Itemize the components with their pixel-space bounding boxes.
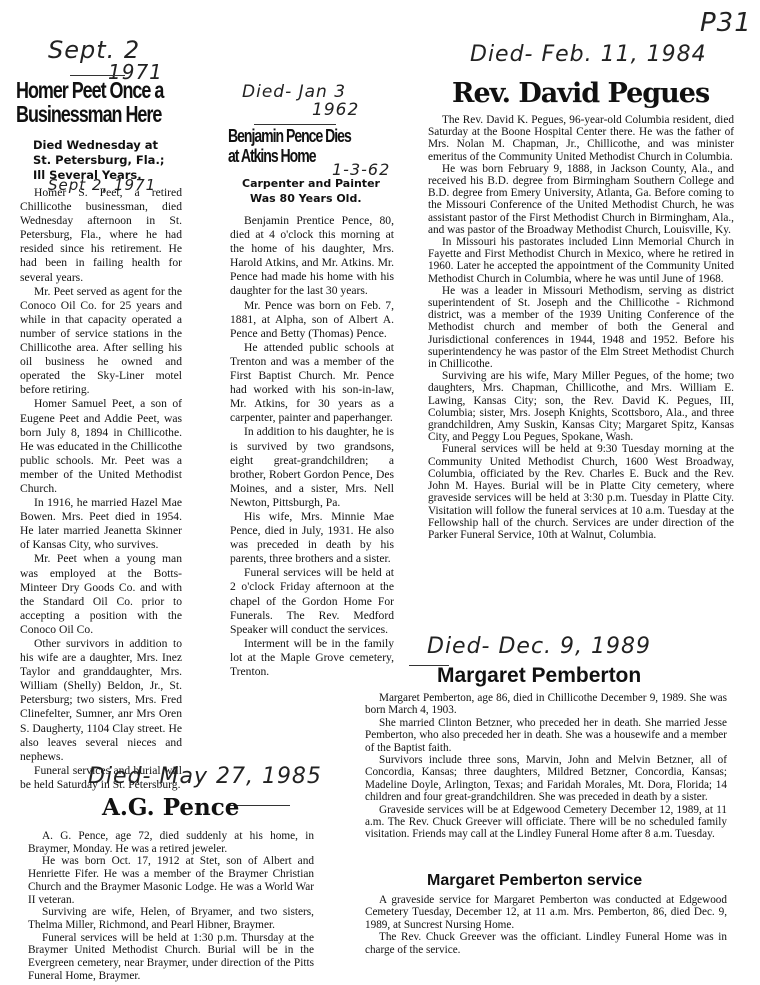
paragraph: Margaret Pemberton, age 86, died in Chil… — [365, 692, 727, 717]
paragraph: He was a leader in Missouri Methodism, s… — [428, 285, 734, 370]
paragraph: Graveside services will be at Edgewood C… — [365, 804, 727, 841]
paragraph: Funeral services will be held at 9:30 Tu… — [428, 443, 734, 541]
paragraph: In addition to his daughter, he is is su… — [230, 425, 394, 510]
paragraph: Interment will be in the family lot at t… — [230, 637, 394, 679]
paragraph: Funeral services will be held at 1:30 p.… — [28, 932, 314, 983]
paragraph: The Rev. Chuck Greever was the officiant… — [365, 931, 727, 956]
paragraph: Homer S. Peet, a retired Chillicothe bus… — [20, 186, 182, 285]
subheadline-line: Carpenter and Painter — [242, 176, 380, 191]
paragraph: Homer Samuel Peet, a son of Eugene Peet … — [20, 397, 182, 496]
handwritten-date-note: Died- Jan 3 — [242, 82, 346, 102]
headline-line: Benjamin Pence Dies — [228, 126, 351, 146]
subheadline-line: St. Petersburg, Fla.; — [33, 153, 164, 168]
article-body: Benjamin Prentice Pence, 80, died at 4 o… — [230, 214, 394, 679]
handwritten-date-note: Died- Dec. 9, 1989 — [427, 634, 651, 659]
handwritten-year-note: 1962 — [312, 100, 359, 120]
paragraph: She married Clinton Betzner, who precede… — [365, 717, 727, 754]
article-body: Homer S. Peet, a retired Chillicothe bus… — [20, 186, 182, 792]
subheadline-line: Died Wednesday at — [33, 138, 164, 153]
paragraph: Funeral services will be held at 2 o'clo… — [230, 566, 394, 636]
page-number-note: P31 — [700, 8, 752, 38]
paragraph: In Missouri his pastorates included Linn… — [428, 236, 734, 285]
paragraph: A graveside service for Margaret Pembert… — [365, 894, 727, 931]
paragraph: He was born Oct. 17, 1912 at Stet, son o… — [28, 855, 314, 906]
paragraph: A. G. Pence, age 72, died suddenly at hi… — [28, 830, 314, 855]
paragraph: Mr. Peet when a young man was employed a… — [20, 552, 182, 637]
article-body: A graveside service for Margaret Pembert… — [365, 894, 727, 956]
handwritten-date-note: Died- May 27, 1985 — [88, 764, 322, 789]
paragraph: Mr. Pence was born on Feb. 7, 1881, at A… — [230, 299, 394, 341]
divider — [254, 124, 336, 125]
paragraph: Survivors include three sons, Marvin, Jo… — [365, 754, 727, 804]
paragraph: The Rev. David K. Pegues, 96-year-old Co… — [428, 114, 734, 163]
paragraph: His wife, Mrs. Minnie Mae Pence, died in… — [230, 510, 394, 566]
paragraph: Other survivors in addition to his wife … — [20, 637, 182, 764]
headline: Homer Peet Once a Businessman Here — [16, 78, 163, 126]
headline: A.G. Pence — [102, 794, 239, 821]
handwritten-date-note: Died- Feb. 11, 1984 — [470, 42, 707, 67]
divider — [70, 75, 125, 76]
paragraph: Benjamin Prentice Pence, 80, died at 4 o… — [230, 214, 394, 299]
subheadline-line: Was 80 Years Old. — [242, 191, 380, 206]
article-body: The Rev. David K. Pegues, 96-year-old Co… — [428, 114, 734, 541]
article-body: Margaret Pemberton, age 86, died in Chil… — [365, 692, 727, 841]
headline: Margaret Pemberton service — [427, 872, 642, 890]
paragraph: He was born February 9, 1888, in Jackson… — [428, 163, 734, 236]
headline-line: Homer Peet Once a — [16, 78, 163, 102]
headline: Margaret Pemberton — [437, 664, 641, 688]
paragraph: Surviving are wife, Helen, of Bryamer, a… — [28, 906, 314, 931]
paragraph: Surviving are his wife, Mary Miller Pegu… — [428, 370, 734, 443]
headline: Rev. David Pegues — [452, 78, 709, 109]
paragraph: In 1916, he married Hazel Mae Bowen. Mrs… — [20, 496, 182, 552]
paragraph: Mr. Peet served as agent for the Conoco … — [20, 285, 182, 398]
subheadline: Carpenter and Painter Was 80 Years Old. — [242, 176, 380, 206]
headline-line: Businessman Here — [16, 102, 163, 126]
article-body: A. G. Pence, age 72, died suddenly at hi… — [28, 830, 314, 982]
paragraph: He attended public schools at Trenton an… — [230, 341, 394, 426]
